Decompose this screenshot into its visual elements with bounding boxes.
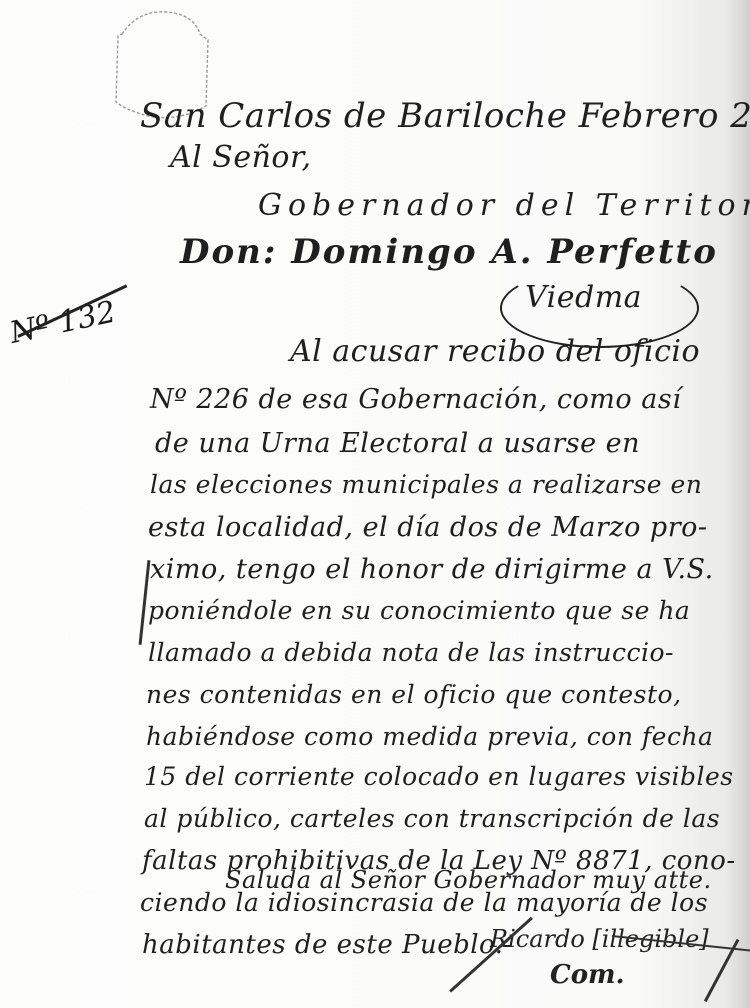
scanned-letter-page: San Carlos de Bariloche Febrero 24/930 A… bbox=[0, 0, 750, 1008]
body-line: Nº 226 de esa Gobernación, como así bbox=[150, 384, 681, 415]
body-line: las elecciones municipales a realizarse … bbox=[150, 470, 702, 499]
body-line: ximo, tengo el honor de dirigirme a V.S. bbox=[150, 554, 714, 585]
closing-line: Saluda al Señor Gobernador muy atte. bbox=[225, 866, 712, 894]
body-line: habiéndose como medida previa, con fecha bbox=[146, 722, 713, 751]
signature-title: Com. bbox=[550, 960, 625, 990]
signature-name: Ricardo [illegible] bbox=[490, 925, 709, 953]
addressee-name: Don: Domingo A. Perfetto bbox=[180, 232, 718, 272]
letter-number: Nº 132 bbox=[7, 294, 119, 351]
place-date: San Carlos de Bariloche Febrero 24/930 bbox=[140, 96, 750, 136]
body-line: nes contenidas en el oficio que contesto… bbox=[146, 680, 682, 709]
body-line: poniéndole en su conocimiento que se ha bbox=[148, 596, 690, 625]
body-line: al público, carteles con transcripción d… bbox=[144, 804, 720, 833]
salutation-line-1: Al Señor, bbox=[170, 140, 312, 175]
body-line: 15 del corriente colocado en lugares vis… bbox=[144, 762, 734, 791]
body-line: llamado a debida nota de las instruccio- bbox=[148, 638, 674, 667]
body-line: de una Urna Electoral a usarse en bbox=[155, 428, 640, 459]
signature-flourish bbox=[704, 939, 739, 1002]
body-line: Al acusar recibo del oficio bbox=[290, 334, 700, 369]
body-line: habitantes de este Pueblo.- bbox=[142, 930, 513, 960]
salutation-line-2: Gobernador del Territorio bbox=[258, 188, 750, 223]
body-line: esta localidad, el día dos de Marzo pro- bbox=[148, 512, 707, 543]
